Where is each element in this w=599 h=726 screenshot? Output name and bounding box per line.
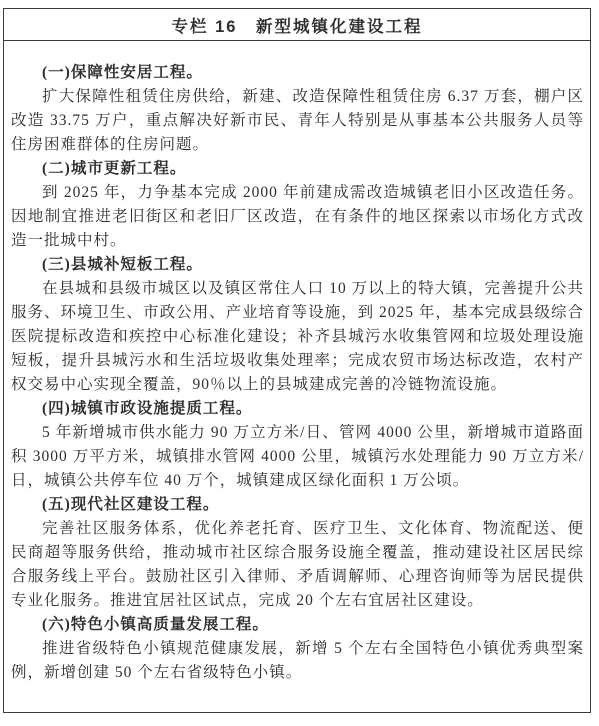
page: { "page": { "background": "#ffffff", "te… [0,0,599,726]
section-paragraph: 5 年新增城市供水能力 90 万立方米/日、管网 4000 公里，新增城市道路面… [11,421,584,493]
section-heading: (一)保障性安居工程。 [11,61,584,85]
section-paragraph: 在县城和县级市城区以及镇区常住人口 10 万以上的特大镇，完善提升公共服务、环境… [11,277,584,397]
section-heading: (四)城镇市政设施提质工程。 [11,397,584,421]
sections: (一)保障性安居工程。扩大保障性租赁住房供给，新建、改造保障性租赁住房 6.37… [4,41,590,709]
section-paragraph: 完善社区服务体系，优化养老托育、医疗卫生、文化体育、物流配送、便民商超等服务供给… [11,517,584,613]
section-heading: (三)县城补短板工程。 [11,253,584,277]
section-paragraph: 到 2025 年，力争基本完成 2000 年前建成需改造城镇老旧小区改造任务。因… [11,181,584,253]
section-heading: (五)现代社区建设工程。 [11,493,584,517]
column-title: 专栏 16 新型城镇化建设工程 [172,13,423,37]
section-paragraph: 扩大保障性租赁住房供给，新建、改造保障性租赁住房 6.37 万套，棚户区改造 3… [11,85,584,157]
section-heading: (六)特色小镇高质量发展工程。 [11,613,584,637]
column-box: 专栏 16 新型城镇化建设工程 (一)保障性安居工程。扩大保障性租赁住房供给，新… [3,8,591,713]
section-heading: (二)城市更新工程。 [11,157,584,181]
column-title-bar: 专栏 16 新型城镇化建设工程 [4,9,590,41]
section-paragraph: 推进省级特色小镇规范健康发展，新增 5 个左右全国特色小镇优秀典型案例，新增创建… [11,637,584,685]
